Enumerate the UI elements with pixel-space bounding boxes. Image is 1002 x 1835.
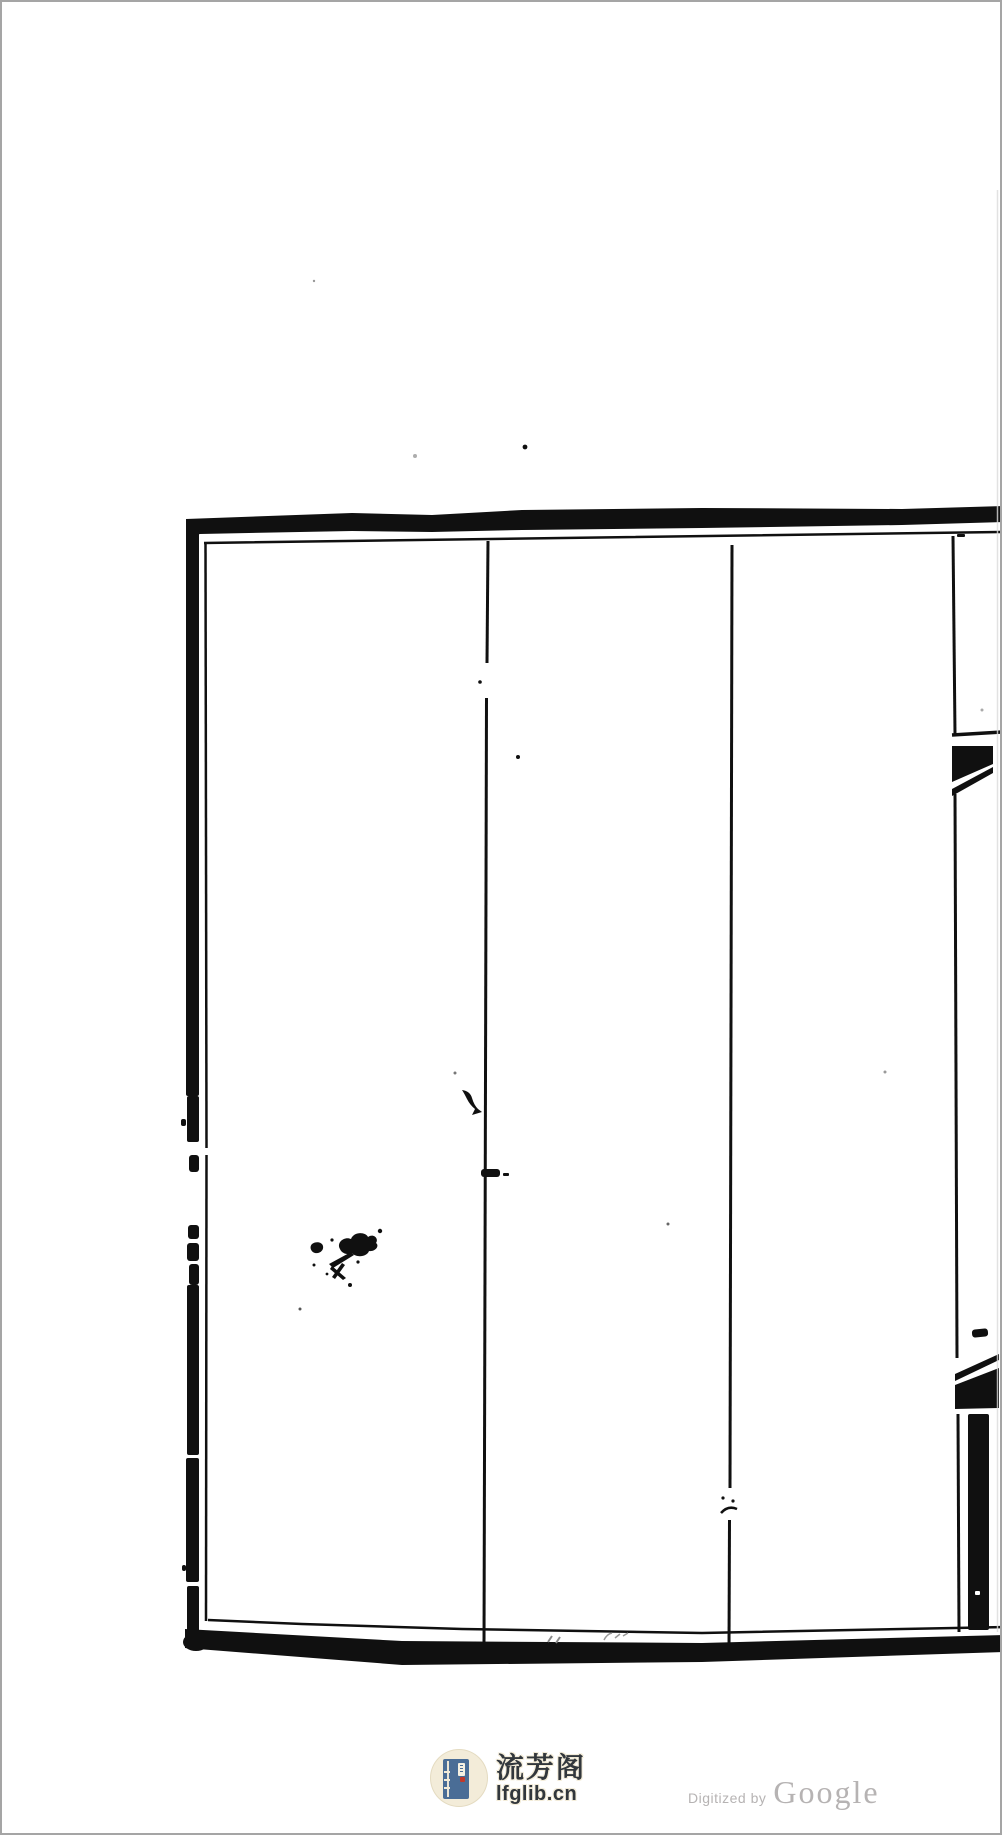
lfg-watermark-text: 流芳阁 lfglib.cn: [496, 1752, 586, 1805]
lfg-badge: [431, 1750, 487, 1806]
scanned-book-page: 流芳阁 lfglib.cn Digitized by Google: [0, 0, 1002, 1835]
lfg-site-name: 流芳阁: [496, 1752, 586, 1784]
woodblock-frame-graphic: [2, 2, 1002, 1835]
book-title-label: [458, 1763, 465, 1776]
comma-ink-mark: [454, 1072, 483, 1116]
fold-black-bar: [968, 1414, 989, 1630]
fold-rule: [952, 732, 1002, 735]
column-divider-1: [478, 541, 509, 1647]
thread-bound-book-icon: [443, 1759, 469, 1799]
lfglib-watermark: 流芳阁 lfglib.cn: [431, 1750, 586, 1806]
google-watermark: Digitized by Google: [688, 1774, 880, 1811]
book-stitch-dashes: [444, 1765, 450, 1793]
frame-bottom-border: [185, 1629, 1002, 1665]
column-divider-2: [721, 545, 737, 1647]
digitized-by-text: Digitized by: [688, 1790, 766, 1806]
lfg-site-domain: lfglib.cn: [496, 1784, 586, 1805]
fold-column: [952, 534, 1002, 1632]
red-seal-icon: [460, 1777, 465, 1782]
ink-blotch: [299, 1229, 383, 1311]
frame-inner-rules: [204, 532, 1002, 1633]
google-logo: Google: [773, 1774, 879, 1811]
dust-specks: [313, 280, 984, 1226]
upper-fishtail-mark: [952, 746, 993, 782]
